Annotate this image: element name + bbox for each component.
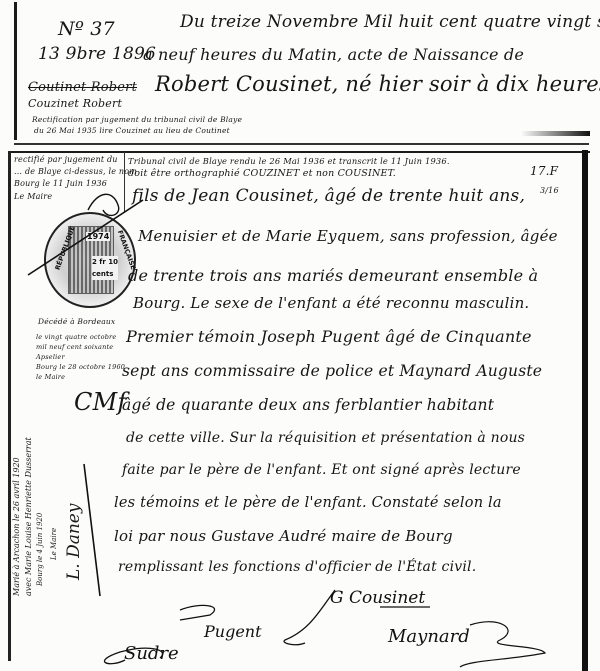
main-line-9: faite par le père de l'enfant. Et ont si… (122, 462, 521, 478)
main-line-10: les témoins et le père de l'enfant. Cons… (114, 495, 502, 511)
margin-date: 13 9bre 1896 (38, 44, 156, 64)
main-line-12: remplissant les fonctions d'officier de … (118, 559, 476, 575)
header-annotation-2: doit être orthographié COUZINET et non C… (128, 168, 396, 179)
mayor-signature-flourish (90, 600, 240, 670)
vertical-signature-stroke (78, 460, 108, 600)
main-top-border (10, 151, 590, 153)
top-right-wedge (520, 131, 590, 136)
main-line-3: de trente trois ans mariés demeurant ens… (128, 266, 538, 285)
death-note-line-5: Bourg le 28 octobre 1960 (36, 363, 125, 371)
death-note-line-3: mil neuf cent soixante (36, 343, 113, 351)
document-page: Nº 37 Du treize Novembre Mil huit cent q… (0, 0, 600, 671)
death-note-line-4: Apselier (36, 353, 65, 361)
header-line-1: Du treize Novembre Mil huit cent quatre … (180, 12, 600, 32)
initials-mark: CMf (74, 388, 126, 416)
vertical-note-2: avec Marie Louise Henriette Dusserrat (24, 437, 33, 596)
top-bottom-border (14, 143, 589, 145)
header-line-2: a neuf heures du Matin, acte de Naissanc… (143, 45, 524, 64)
rectification-note-1: Rectification par jugement du tribunal c… (32, 115, 242, 124)
header-line-3: Robert Cousinet, né hier soir à dix heur… (155, 72, 600, 96)
corner-note-2: 3/16 (540, 186, 559, 195)
top-left-border (14, 2, 17, 140)
main-line-7: âgé de quarante deux ans ferblantier hab… (122, 396, 494, 414)
death-note-line-2: le vingt quatre octobre (36, 333, 116, 341)
rectification-note-2: du 26 Mai 1935 lire Couzinet au lieu de … (34, 126, 230, 135)
main-right-border (582, 150, 588, 671)
main-line-2: Menuisier et de Marie Eyquem, sans profe… (138, 227, 558, 245)
margin-name-struck: Coutinet Robert (28, 80, 137, 95)
main-line-1: fils de Jean Cousinet, âgé de trente hui… (132, 186, 525, 206)
vertical-note-4: Le Maire (50, 528, 58, 560)
main-line-8: de cette ville. Sur la réquisition et pr… (126, 430, 525, 446)
vertical-note-3: Bourg le 4 Juin 1920 (36, 513, 44, 586)
margin-name-corrected: Couzinet Robert (28, 97, 122, 110)
main-left-border (8, 151, 11, 661)
header-annotation-1: Tribunal civil de Blaye rendu le 26 Mai … (128, 156, 450, 166)
main-line-11: loi par nous Gustave Audré maire de Bour… (114, 527, 453, 545)
death-note-line-6: le Maire (36, 373, 65, 381)
margin-note-line-2: … de Blaye ci-dessus, le nom (14, 167, 137, 176)
main-line-4: Bourg. Le sexe de l'enfant a été reconnu… (133, 294, 529, 312)
entry-number: Nº 37 (58, 18, 115, 40)
margin-note-line-1: rectifié par jugement du (14, 155, 118, 164)
vertical-note-1: Marié à Arcachon le 26 avril 1920 (12, 457, 21, 596)
main-line-5: Premier témoin Joseph Pugent âgé de Cinq… (126, 327, 532, 346)
death-note-line-1: Décédé à Bordeaux (38, 317, 115, 326)
corner-note: 17.F (530, 164, 558, 178)
main-line-6: sept ans commissaire de police et Maynar… (122, 362, 542, 380)
witness2-flourish (400, 615, 550, 670)
